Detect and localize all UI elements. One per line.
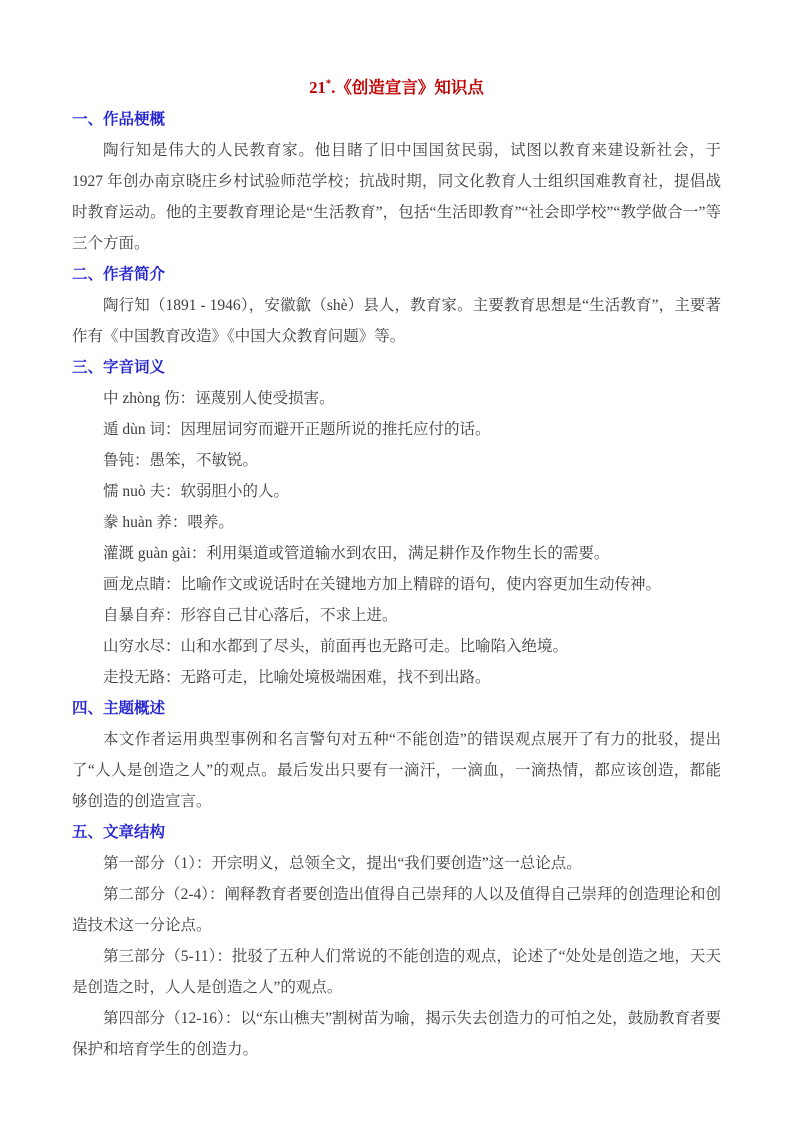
section-heading-theme: 四、主题概述 [72, 693, 721, 724]
paragraph: 陶行知是伟大的人民教育家。他目睹了旧中国国贫民弱，试图以教育来建设新社会，于 1… [72, 135, 721, 259]
vocabulary-entry: 遁 dùn 词：因理屈词穷而避开正题所说的推托应付的话。 [72, 414, 721, 445]
vocabulary-entry: 灌溉 guàn gài：利用渠道或管道输水到农田，满足耕作及作物生长的需要。 [72, 538, 721, 569]
title-lesson-number: 21 [309, 78, 326, 97]
section-heading-structure: 五、文章结构 [72, 817, 721, 848]
section-heading-overview: 一、作品梗概 [72, 104, 721, 135]
vocabulary-entry: 鲁钝：愚笨，不敏锐。 [72, 445, 721, 476]
document-title: 21*.《创造宣言》知识点 [72, 72, 721, 103]
vocabulary-entry: 自暴自弃：形容自己甘心落后，不求上进。 [72, 600, 721, 631]
structure-part: 第一部分（1）：开宗明义，总领全文，提出“我们要创造”这一总论点。 [72, 848, 721, 879]
section-heading-vocabulary: 三、字音词义 [72, 352, 721, 383]
vocabulary-entry: 豢 huàn 养：喂养。 [72, 507, 721, 538]
structure-part: 第二部分（2-4）：阐释教育者要创造出值得自己崇拜的人以及值得自己崇拜的创造理论… [72, 879, 721, 941]
document-page: 21*.《创造宣言》知识点 一、作品梗概 陶行知是伟大的人民教育家。他目睹了旧中… [0, 0, 793, 1122]
vocabulary-entry: 画龙点睛：比喻作文或说话时在关键地方加上精辟的语句，使内容更加生动传神。 [72, 569, 721, 600]
paragraph: 本文作者运用典型事例和名言警句对五种“不能创造”的错误观点展开了有力的批驳，提出… [72, 724, 721, 817]
title-text: .《创造宣言》知识点 [331, 78, 484, 97]
structure-part: 第四部分（12-16）：以“东山樵夫”割树苗为喻，揭示失去创造力的可怕之处，鼓励… [72, 1003, 721, 1065]
vocabulary-entry: 走投无路：无路可走，比喻处境极端困难，找不到出路。 [72, 662, 721, 693]
section-heading-author: 二、作者简介 [72, 259, 721, 290]
structure-part: 第三部分（5-11）：批驳了五种人们常说的不能创造的观点，论述了“处处是创造之地… [72, 941, 721, 1003]
vocabulary-entry: 懦 nuò 夫：软弱胆小的人。 [72, 476, 721, 507]
vocabulary-entry: 山穷水尽：山和水都到了尽头，前面再也无路可走。比喻陷入绝境。 [72, 631, 721, 662]
vocabulary-entry: 中 zhòng 伤：诬蔑别人使受损害。 [72, 383, 721, 414]
paragraph: 陶行知（1891 - 1946），安徽歙（shè）县人，教育家。主要教育思想是“… [72, 290, 721, 352]
